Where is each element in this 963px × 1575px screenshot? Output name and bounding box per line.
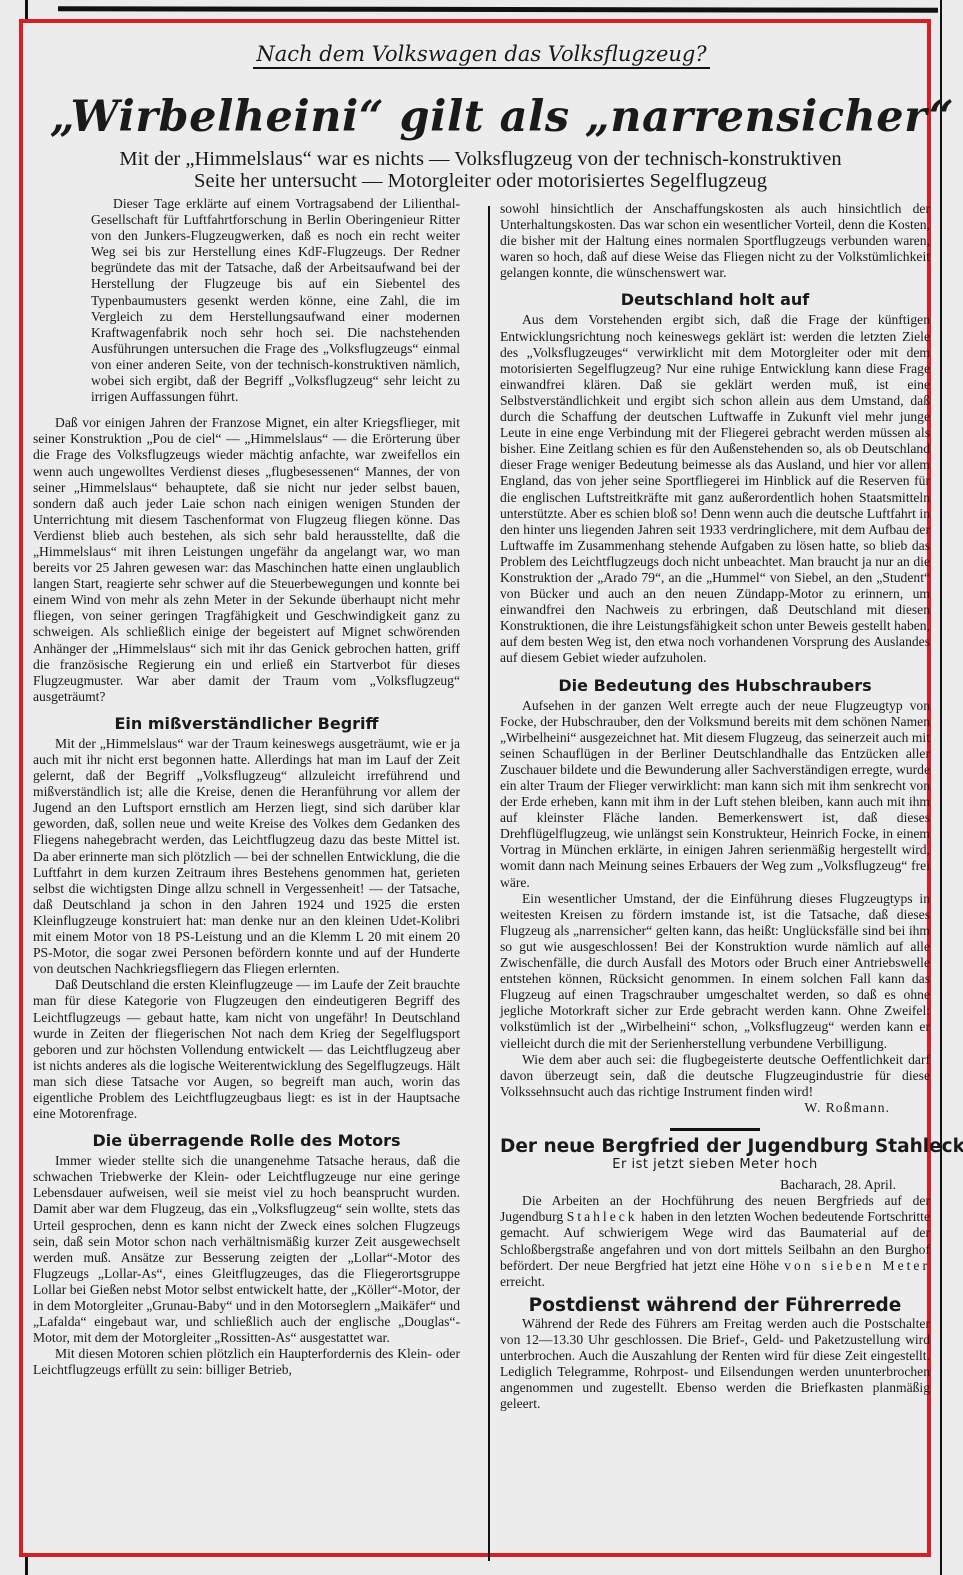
paragraph: Aufsehen in der ganzen Welt erregte auch… — [500, 698, 930, 891]
lead-paragraph: Dieser Tage erklärte auf einem Vortragsa… — [33, 196, 460, 405]
stahleck-body-spaced: Stahleck — [567, 1209, 638, 1224]
subhead: Mit der „Himmelslaus“ war es nichts — Vo… — [28, 148, 933, 192]
paragraph: Mit der „Himmelslaus“ war der Traum kein… — [33, 736, 460, 977]
paragraph: Wie dem aber auch sei: die flugbegeister… — [500, 1052, 930, 1100]
section-heading-begriff: Ein mißverständlicher Begriff — [33, 714, 460, 733]
column-divider — [488, 206, 490, 1561]
column-left: Dieser Tage erklärte auf einem Vortragsa… — [33, 196, 460, 1378]
stahleck-body-3: erreicht. — [500, 1274, 545, 1289]
kicker: Nach dem Volkswagen das Volksflugzeug? — [0, 42, 963, 66]
paragraph: Aus dem Vorstehenden ergibt sich, daß di… — [500, 312, 930, 666]
paragraph-continued: Mit diesen Motoren schien plötzlich ein … — [33, 1346, 460, 1378]
kicker-text: Nach dem Volkswagen das Volksflugzeug? — [253, 42, 709, 69]
postdienst-heading: Postdienst während der Führerrede — [500, 1298, 930, 1314]
subhead-line-1: Mit der „Himmelslaus“ war es nichts — Vo… — [28, 148, 933, 170]
byline: W. Roßmann. — [500, 1100, 930, 1116]
section-heading-deutschland: Deutschland holt auf — [500, 290, 930, 309]
stahleck-heading: Der neue Bergfried der Jugendburg Stahle… — [500, 1139, 930, 1155]
paragraph-continuation: sowohl hinsichtlich der Anschaffungskost… — [500, 201, 930, 281]
page-edge-right — [940, 0, 942, 1575]
column-right: sowohl hinsichtlich der Anschaffungskost… — [500, 201, 930, 1412]
paragraph: Ein wesentlicher Umstand, der die Einfüh… — [500, 891, 930, 1052]
intro-paragraph: Daß vor einigen Jahren der Franzose Mign… — [33, 415, 460, 705]
paragraph: Daß Deutschland die ersten Kleinflugzeug… — [33, 977, 460, 1122]
lead-text: Dieser Tage erklärte auf einem Vortragsa… — [91, 196, 460, 405]
section-heading-hubschrauber: Die Bedeutung des Hubschraubers — [500, 676, 930, 695]
stahleck-body: Die Arbeiten an der Hochführung des neue… — [500, 1193, 930, 1290]
stahleck-body-spaced-2: von sieben Meter — [784, 1258, 930, 1273]
subhead-line-2: Seite her untersucht — Motorgleiter oder… — [28, 170, 933, 192]
postdienst-body: Während der Rede des Führers am Freitag … — [500, 1316, 930, 1413]
paragraph: Immer wieder stellte sich die unangenehm… — [33, 1153, 460, 1346]
stahleck-subheading: Er ist jetzt sieben Meter hoch — [500, 1157, 930, 1173]
stahleck-dateline: Bacharach, 28. April. — [500, 1177, 930, 1193]
top-rule — [58, 6, 938, 13]
headline: „Wirbelheini“ gilt als „narrensicher“ — [50, 90, 930, 144]
section-heading-motor: Die überragende Rolle des Motors — [33, 1131, 460, 1150]
article-separator — [670, 1128, 760, 1131]
